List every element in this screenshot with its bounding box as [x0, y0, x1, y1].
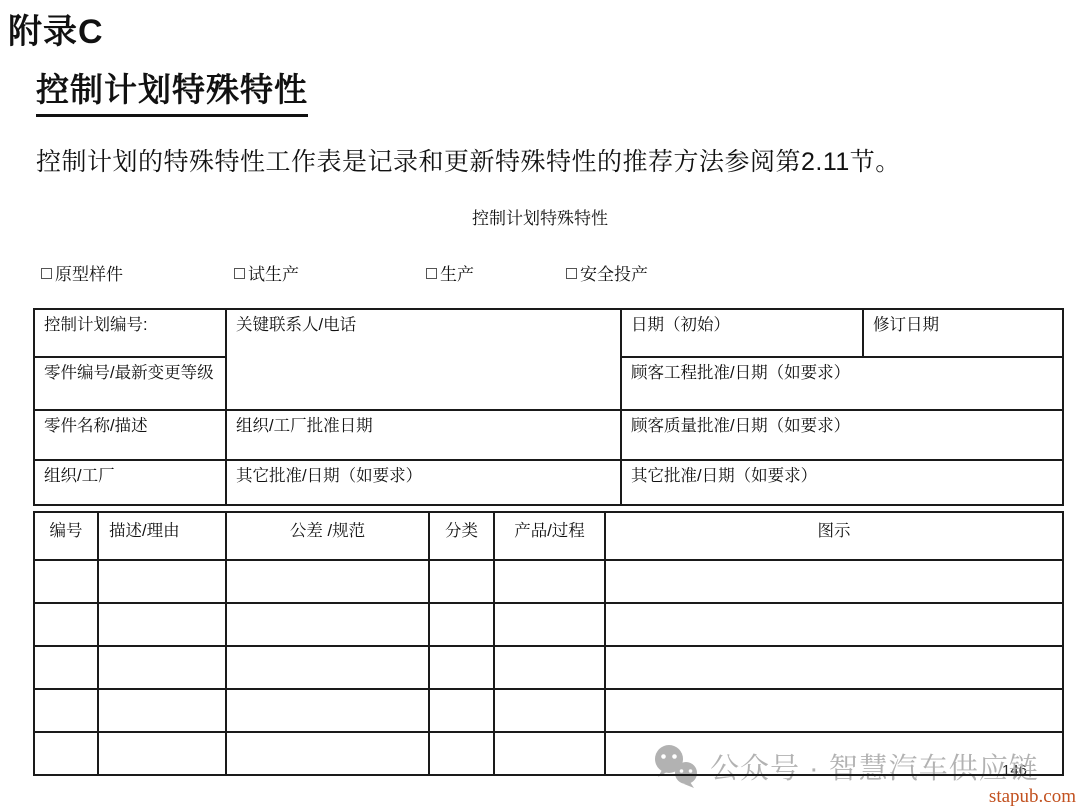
- col-tolerance: 公差 /规范: [226, 512, 429, 560]
- col-illustration: 图示: [605, 512, 1063, 560]
- empty-cell: [605, 560, 1063, 603]
- phase-option-label: 安全投产: [580, 265, 648, 284]
- empty-cell: [429, 560, 494, 603]
- cell-part-number: 零件编号/最新变更等级: [34, 357, 226, 410]
- empty-row: [34, 646, 1063, 689]
- cell-date-revised: 修订日期: [863, 309, 1063, 357]
- empty-cell: [494, 689, 605, 732]
- col-description: 描述/理由: [98, 512, 226, 560]
- cell-key-contact: 关键联系人/电话: [226, 309, 621, 410]
- empty-cell: [34, 689, 98, 732]
- empty-cell: [34, 732, 98, 775]
- empty-cell: [98, 603, 226, 646]
- site-link: stapub.com: [989, 786, 1076, 808]
- cell-customer-eng-approval: 顾客工程批准/日期（如要求）: [621, 357, 1063, 410]
- phase-option-label: 生产: [440, 265, 474, 284]
- empty-row: [34, 732, 1063, 775]
- col-classification: 分类: [429, 512, 494, 560]
- cell-org-plant-approval-date: 组织/工厂批准日期: [226, 410, 621, 460]
- phase-option-label: 原型样件: [55, 265, 123, 284]
- checkbox-icon[interactable]: [234, 268, 245, 279]
- empty-cell: [429, 646, 494, 689]
- intro-paragraph: 控制计划的特殊特性工作表是记录和更新特殊特性的推荐方法参阅第2.11节。: [36, 142, 901, 178]
- empty-row: [34, 560, 1063, 603]
- phase-option-prelaunch: 试生产: [234, 260, 299, 285]
- checkbox-icon[interactable]: [426, 268, 437, 279]
- empty-row: [34, 603, 1063, 646]
- empty-cell: [429, 603, 494, 646]
- cell-control-plan-number: 控制计划编号:: [34, 309, 226, 357]
- empty-cell: [226, 732, 429, 775]
- empty-cell: [226, 646, 429, 689]
- appendix-label: 附录C: [8, 4, 104, 53]
- empty-cell: [494, 560, 605, 603]
- checkbox-icon[interactable]: [41, 268, 52, 279]
- empty-cell: [429, 732, 494, 775]
- empty-cell: [605, 732, 1063, 775]
- table-row: 控制计划编号: 关键联系人/电话 日期（初始） 修订日期: [34, 309, 1063, 357]
- empty-cell: [226, 560, 429, 603]
- col-number: 编号: [34, 512, 98, 560]
- col-product-process: 产品/过程: [494, 512, 605, 560]
- empty-cell: [226, 689, 429, 732]
- empty-cell: [34, 603, 98, 646]
- table-row: 组织/工厂 其它批准/日期（如要求） 其它批准/日期（如要求）: [34, 460, 1063, 505]
- phase-checkbox-row: 原型样件 试生产 生产 安全投产: [0, 260, 1080, 286]
- empty-cell: [98, 689, 226, 732]
- empty-cell: [494, 732, 605, 775]
- table-row: 零件名称/描述 组织/工厂批准日期 顾客质量批准/日期（如要求）: [34, 410, 1063, 460]
- empty-cell: [34, 560, 98, 603]
- characteristics-table: 编号 描述/理由 公差 /规范 分类 产品/过程 图示: [33, 511, 1064, 776]
- section-heading-wrap: 控制计划特殊特性: [36, 64, 308, 117]
- cell-org-plant: 组织/工厂: [34, 460, 226, 505]
- empty-cell: [429, 689, 494, 732]
- form-title: 控制计划特殊特性: [0, 204, 1080, 229]
- empty-cell: [605, 689, 1063, 732]
- cell-part-name: 零件名称/描述: [34, 410, 226, 460]
- phase-option-production: 生产: [426, 260, 474, 285]
- section-heading: 控制计划特殊特性: [36, 64, 308, 117]
- empty-cell: [98, 732, 226, 775]
- empty-cell: [494, 646, 605, 689]
- cell-customer-quality-approval: 顾客质量批准/日期（如要求）: [621, 410, 1063, 460]
- cell-other-approval-left: 其它批准/日期（如要求）: [226, 460, 621, 505]
- checkbox-icon[interactable]: [566, 268, 577, 279]
- phase-option-prototype: 原型样件: [41, 260, 123, 285]
- table-header-row: 编号 描述/理由 公差 /规范 分类 产品/过程 图示: [34, 512, 1063, 560]
- empty-cell: [98, 560, 226, 603]
- cell-other-approval-right: 其它批准/日期（如要求）: [621, 460, 1063, 505]
- cell-date-original: 日期（初始）: [621, 309, 863, 357]
- empty-cell: [226, 603, 429, 646]
- empty-cell: [605, 603, 1063, 646]
- empty-cell: [494, 603, 605, 646]
- empty-cell: [34, 646, 98, 689]
- document-page: 附录C 控制计划特殊特性 控制计划的特殊特性工作表是记录和更新特殊特性的推荐方法…: [0, 0, 1080, 810]
- empty-cell: [605, 646, 1063, 689]
- empty-cell: [98, 646, 226, 689]
- plan-header-table: 控制计划编号: 关键联系人/电话 日期（初始） 修订日期 零件编号/最新变更等级…: [33, 308, 1064, 506]
- phase-option-safe-launch: 安全投产: [566, 260, 648, 285]
- empty-row: [34, 689, 1063, 732]
- phase-option-label: 试生产: [248, 265, 299, 284]
